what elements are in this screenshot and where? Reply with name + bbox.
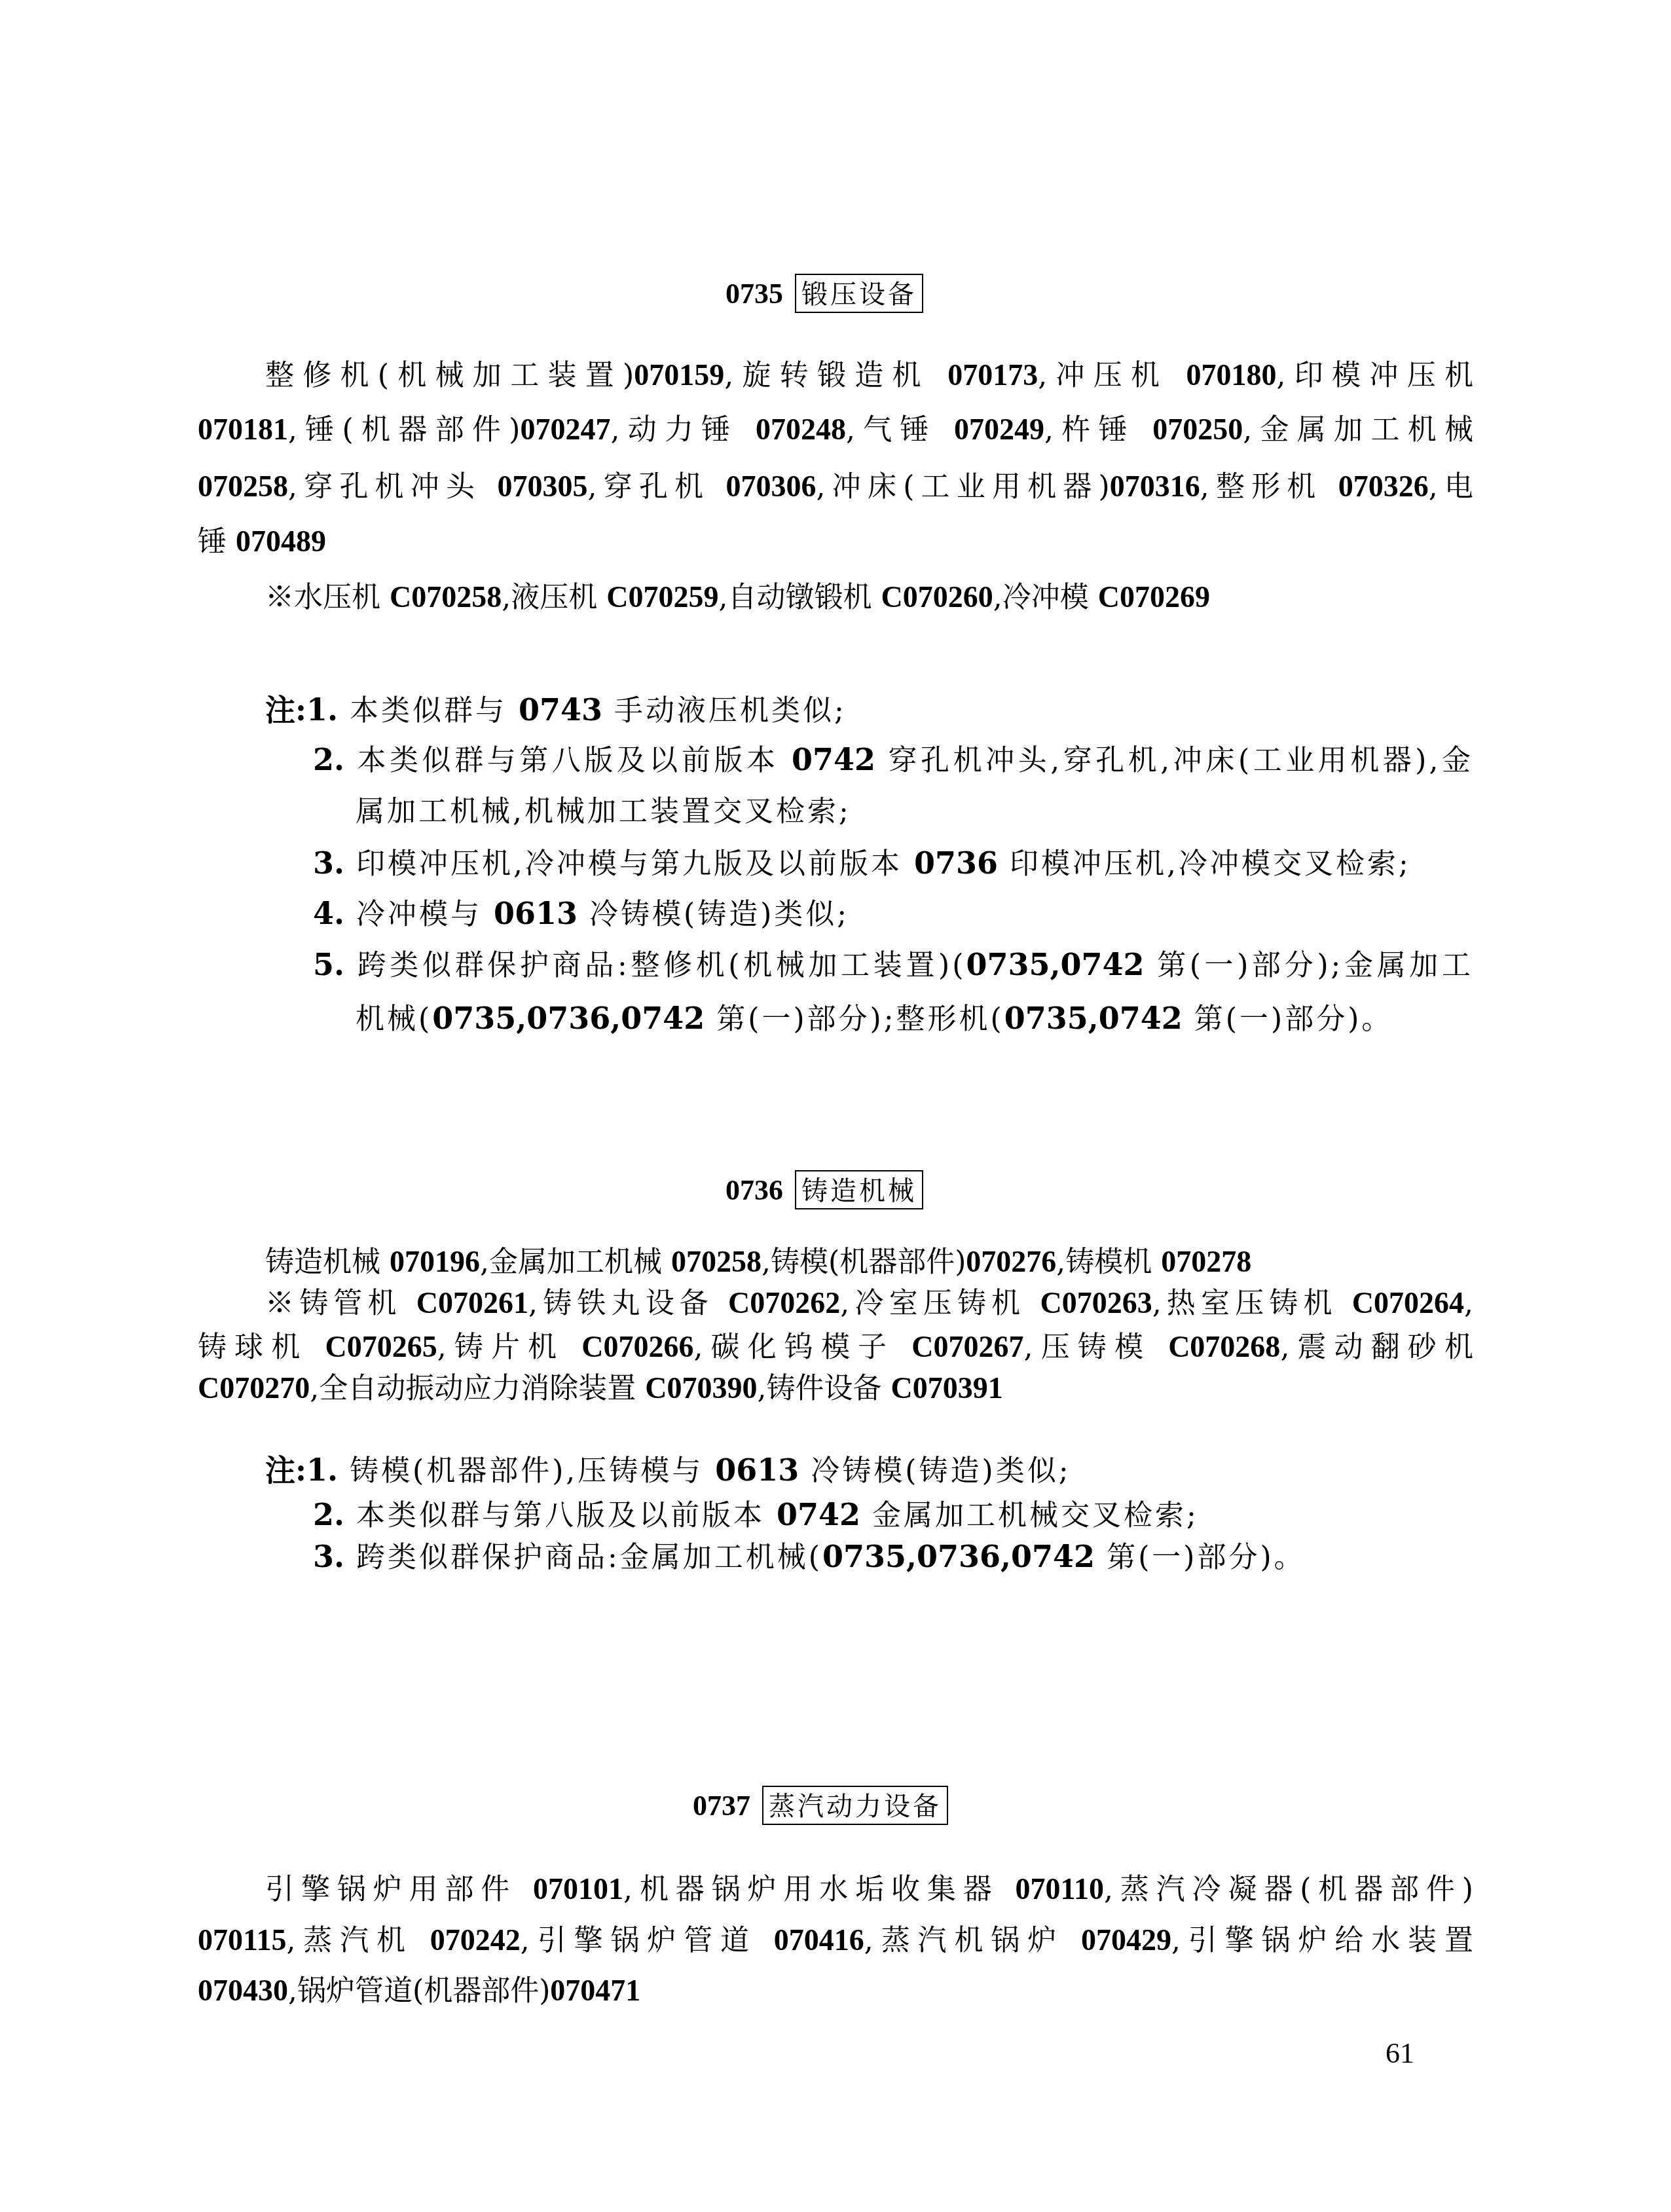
code-number: 070489: [236, 525, 326, 558]
text-segment: 属加工机械,机械加工装置交叉检索;: [356, 795, 851, 828]
text-segment: 第(一)部分);整形机(: [705, 1003, 1004, 1036]
text-segment: ,冲床(工业用机器): [817, 470, 1110, 504]
code-number: 070258: [671, 1245, 762, 1278]
text-segment: ,蒸汽机: [286, 1924, 430, 1957]
text-segment: ※水压机: [265, 581, 390, 614]
code-number: C070390: [645, 1371, 757, 1405]
code-number: 0735,0736,0742: [822, 1539, 1095, 1574]
item-line: 铸造机械 070196,金属加工机械 070258,铸模(机器部件)070276…: [265, 1242, 1251, 1281]
note-line: 机械(0735,0736,0742 第(一)部分);整形机(0735,0742 …: [356, 999, 1393, 1038]
code-number: C070261: [416, 1286, 528, 1319]
code-number: 070429: [1081, 1923, 1171, 1957]
text-segment: ,碳化钨模子: [694, 1331, 912, 1364]
text-segment: ,机器锅炉用水垢收集器: [623, 1873, 1016, 1906]
text-segment: ,液压机: [502, 581, 606, 614]
text-segment: ,铸模(机器部件): [762, 1245, 966, 1279]
code-number: C070268: [1168, 1330, 1280, 1363]
text-segment: ,: [1464, 1287, 1473, 1320]
code-number: C070270: [198, 1371, 310, 1405]
text-segment: ,热室压铸机: [1152, 1287, 1352, 1320]
code-number: 070247: [520, 413, 610, 446]
text-segment: ,引擎锅炉给水装置: [1171, 1924, 1473, 1957]
code-number: C070262: [728, 1286, 840, 1319]
text-segment: ,蒸汽冷凝器(机器部件): [1104, 1873, 1473, 1906]
text-segment: ,铸件设备: [757, 1372, 891, 1405]
text-segment: ,冷冲模: [993, 581, 1098, 614]
text-segment: 印模冲压机,冷冲模与第九版及以前版本: [344, 847, 914, 881]
text-segment: 铸模(机器部件),压铸模与: [338, 1454, 715, 1488]
text-segment: ,全自动振动应力消除装置: [310, 1372, 645, 1405]
code-number: 注:1.: [265, 692, 338, 728]
text-segment: ,冷室压铸机: [840, 1287, 1040, 1320]
item-line: 引擎锅炉用部件 070101,机器锅炉用水垢收集器 070110,蒸汽冷凝器(机…: [265, 1870, 1473, 1909]
document-page: 0735 锻压设备 整修机(机械加工装置)070159,旋转锻造机 070173…: [0, 0, 1671, 2212]
code-number: 070196: [390, 1245, 480, 1278]
text-segment: ,电: [1429, 470, 1473, 504]
text-segment: ,铸模机: [1056, 1245, 1161, 1279]
code-number: C070269: [1098, 580, 1210, 614]
code-number: C070263: [1040, 1286, 1152, 1319]
text-segment: 本类似群与第八版及以前版本: [344, 1499, 777, 1532]
code-number: 0735,0742: [966, 947, 1144, 982]
text-segment: ,金属加工机械: [480, 1245, 671, 1279]
section-heading-0735: 0735 锻压设备: [725, 272, 923, 314]
text-segment: ,印模冲压机: [1277, 359, 1473, 392]
text-segment: ,动力锤: [610, 413, 755, 447]
note-line: 5. 跨类似群保护商品:整修机(机械加工装置)(0735,0742 第(一)部分…: [313, 945, 1473, 984]
note-line: 属加工机械,机械加工装置交叉检索;: [356, 792, 851, 832]
code-number: C070264: [1352, 1286, 1464, 1319]
code-number: 070250: [1152, 413, 1243, 446]
code-number: C070267: [911, 1330, 1023, 1363]
code-number: 070316: [1110, 470, 1200, 503]
code-number: 0742: [792, 742, 875, 777]
text-segment: 冷冲模与: [344, 898, 494, 931]
section-title-box: 锻压设备: [795, 274, 923, 313]
text-segment: 整修机(机械加工装置): [265, 359, 634, 392]
text-segment: ,冲压机: [1038, 359, 1186, 392]
note-line: 2. 本类似群与第八版及以前版本 0742 金属加工机械交叉检索;: [313, 1495, 1199, 1534]
code-number: 070305: [497, 470, 587, 503]
text-segment: ,锅炉管道(机器部件): [288, 1974, 550, 2008]
text-segment: ,旋转锻造机: [724, 359, 947, 392]
text-segment: ,穿孔机冲头: [288, 470, 497, 504]
text-segment: 引擎锅炉用部件: [265, 1873, 533, 1906]
code-number: 070242: [430, 1923, 521, 1957]
text-segment: ※铸管机: [265, 1287, 416, 1320]
code-number: C070391: [891, 1371, 1002, 1405]
code-number: C070259: [606, 580, 718, 614]
section-heading-0736: 0736 铸造机械: [725, 1169, 923, 1211]
item-line: ※铸管机 C070261,铸铁丸设备 C070262,冷室压铸机 C070263…: [265, 1283, 1473, 1323]
text-segment: 铸造机械: [265, 1245, 390, 1279]
code-number: 070249: [954, 413, 1044, 446]
code-number: 070276: [966, 1245, 1056, 1278]
text-segment: ,气锤: [846, 413, 954, 447]
text-segment: 本类似群与: [338, 694, 519, 728]
code-number: 070258: [198, 470, 288, 503]
item-line: 整修机(机械加工装置)070159,旋转锻造机 070173,冲压机 07018…: [265, 356, 1473, 395]
section-title-box: 蒸汽动力设备: [762, 1786, 948, 1825]
text-segment: ,穿孔机: [587, 470, 725, 504]
code-number: 070430: [198, 1974, 288, 2007]
code-number: 070278: [1161, 1245, 1251, 1278]
code-number: 4.: [313, 896, 344, 931]
item-line: 070258,穿孔机冲头 070305,穿孔机 070306,冲床(工业用机器)…: [198, 467, 1473, 506]
text-segment: 手动液压机类似;: [602, 694, 847, 728]
code-number: 070416: [774, 1923, 864, 1957]
code-number: 070306: [726, 470, 817, 503]
code-number: 070110: [1016, 1872, 1104, 1906]
note-line: 4. 冷冲模与 0613 冷铸模(铸造)类似;: [313, 894, 849, 933]
code-number: 5.: [313, 947, 344, 982]
code-number: C070266: [581, 1330, 693, 1363]
text-segment: ,自动镦锻机: [718, 581, 881, 614]
code-number: C070265: [325, 1330, 437, 1363]
text-segment: 跨类似群保护商品:金属加工机械(: [344, 1541, 822, 1574]
text-segment: ,整形机: [1200, 470, 1338, 504]
text-segment: 印模冲压机,冷冲模交叉检索;: [998, 847, 1411, 881]
note-line: 注:1. 铸模(机器部件),压铸模与 0613 冷铸模(铸造)类似;: [265, 1450, 1071, 1490]
item-line: 070430,锅炉管道(机器部件)070471: [198, 1971, 640, 2010]
text-segment: 铸球机: [198, 1331, 325, 1364]
item-line: 铸球机 C070265,铸片机 C070266,碳化钨模子 C070267,压铸…: [198, 1327, 1473, 1367]
item-line: 070181,锤(机器部件)070247,动力锤 070248,气锤 07024…: [198, 410, 1473, 449]
text-segment: ,杵锤: [1044, 413, 1152, 447]
item-line: 锤 070489: [198, 522, 326, 561]
text-segment: ,金属加工机械: [1243, 413, 1473, 447]
code-number: 0613: [715, 1452, 799, 1488]
code-number: 070159: [634, 358, 724, 392]
code-number: 2.: [313, 1497, 344, 1532]
note-line: 注:1. 本类似群与 0743 手动液压机类似;: [265, 690, 847, 729]
code-number: 070471: [550, 1974, 640, 2007]
section-code: 0735: [725, 277, 783, 310]
note-line: 3. 印模冲压机,冷冲模与第九版及以前版本 0736 印模冲压机,冷冲模交叉检索…: [313, 843, 1411, 883]
code-number: 注:1.: [265, 1452, 338, 1488]
code-number: C070258: [390, 580, 502, 614]
text-segment: 机械(: [356, 1003, 432, 1036]
text-segment: ,引擎锅炉管道: [521, 1924, 774, 1957]
text-segment: ,压铸模: [1024, 1331, 1169, 1364]
code-number: 0735,0742: [1004, 1001, 1183, 1036]
page-number: 61: [1386, 2037, 1414, 2070]
code-number: 070115: [198, 1923, 286, 1957]
note-line: 2. 本类似群与第八版及以前版本 0742 穿孔机冲头,穿孔机,冲床(工业用机器…: [313, 740, 1473, 779]
code-number: 0613: [494, 896, 578, 931]
section-code: 0737: [693, 1789, 750, 1822]
code-number: 070248: [756, 413, 846, 446]
code-number: 0736: [914, 845, 998, 881]
text-segment: 本类似群与第八版及以前版本: [344, 744, 792, 777]
text-segment: 第(一)部分);金属加工: [1145, 949, 1474, 982]
text-segment: 锤: [198, 525, 236, 559]
code-number: 0743: [519, 692, 602, 728]
text-segment: ,蒸汽机锅炉: [864, 1924, 1081, 1957]
item-line: 070115,蒸汽机 070242,引擎锅炉管道 070416,蒸汽机锅炉 07…: [198, 1921, 1473, 1960]
text-segment: 冷铸模(铸造)类似;: [578, 898, 849, 931]
text-segment: ,震动翻砂机: [1280, 1331, 1473, 1364]
code-number: 070173: [947, 358, 1038, 392]
text-segment: 第(一)部分)。: [1183, 1003, 1393, 1036]
code-number: 0735,0736,0742: [432, 1001, 705, 1036]
code-number: C070260: [881, 580, 993, 614]
section-heading-0737: 0737 蒸汽动力设备: [693, 1784, 948, 1826]
text-segment: ,铸片机: [437, 1331, 582, 1364]
code-number: 070181: [198, 413, 288, 446]
section-title-box: 铸造机械: [795, 1170, 923, 1209]
code-number: 070101: [533, 1872, 623, 1906]
code-number: 2.: [313, 742, 344, 777]
text-segment: 冷铸模(铸造)类似;: [799, 1454, 1071, 1488]
item-line: C070270,全自动振动应力消除装置 C070390,铸件设备 C070391: [198, 1369, 1003, 1408]
item-line: ※水压机 C070258,液压机 C070259,自动镦锻机 C070260,冷…: [265, 578, 1210, 617]
text-segment: 第(一)部分)。: [1095, 1541, 1305, 1574]
code-number: 3.: [313, 845, 344, 881]
text-segment: 穿孔机冲头,穿孔机,冲床(工业用机器),金: [875, 744, 1473, 777]
code-number: 070180: [1186, 358, 1277, 392]
text-segment: 跨类似群保护商品:整修机(机械加工装置)(: [344, 949, 966, 982]
text-segment: ,锤(机器部件): [288, 413, 520, 447]
code-number: 0742: [777, 1497, 860, 1532]
note-line: 3. 跨类似群保护商品:金属加工机械(0735,0736,0742 第(一)部分…: [313, 1537, 1306, 1576]
code-number: 3.: [313, 1539, 344, 1574]
text-segment: ,铸铁丸设备: [528, 1287, 728, 1320]
text-segment: 金属加工机械交叉检索;: [860, 1499, 1199, 1532]
section-code: 0736: [725, 1173, 783, 1207]
code-number: 070326: [1338, 470, 1429, 503]
